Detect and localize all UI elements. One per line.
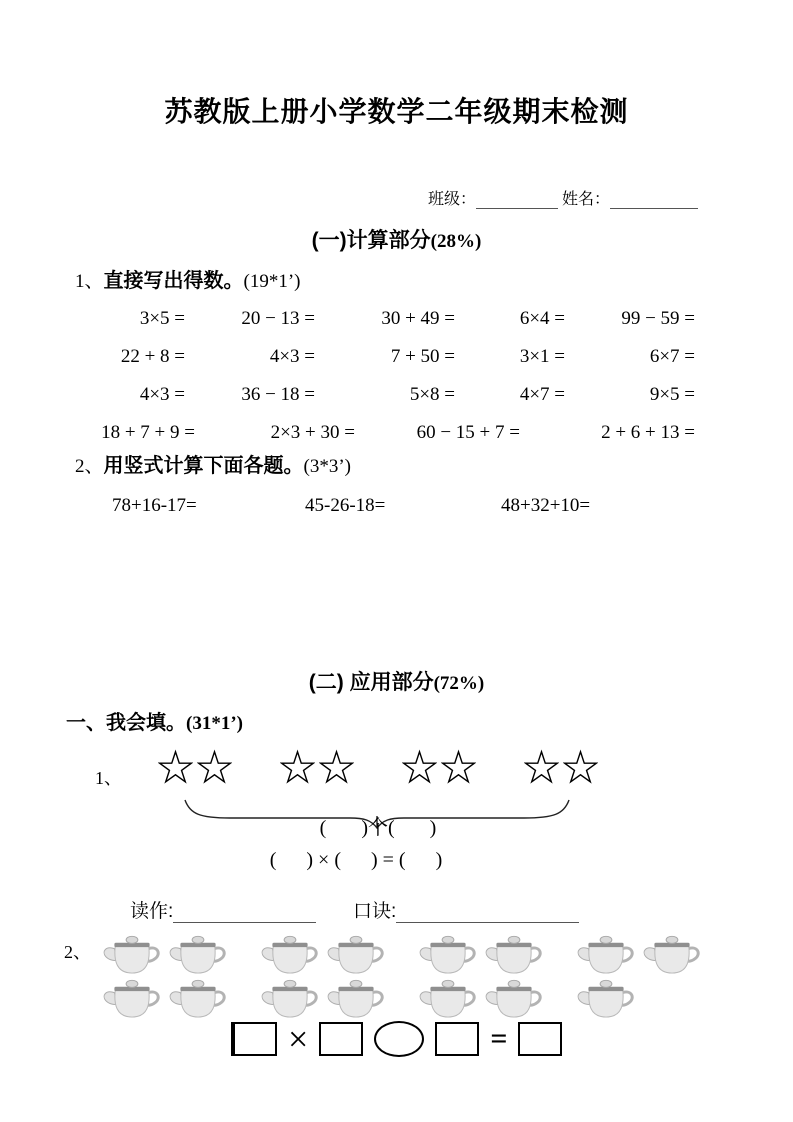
page-title: 苏教版上册小学数学二年级期末检测 bbox=[0, 90, 793, 130]
question2-text: 用竖式计算下面各题。 bbox=[104, 455, 304, 477]
read-as-blank bbox=[173, 907, 316, 923]
star-icon bbox=[402, 749, 437, 786]
answer-box bbox=[518, 1022, 562, 1056]
teapot-icon bbox=[482, 977, 546, 1020]
teapot-groups bbox=[100, 933, 705, 1020]
math-problem: 6×4 = bbox=[455, 308, 565, 330]
vertical-calc-problem: 48+32+10= bbox=[501, 495, 590, 517]
multiply-sign: × bbox=[288, 1024, 308, 1054]
question1-points: (19*1’) bbox=[244, 271, 301, 292]
sub-points: (31*1’) bbox=[186, 713, 243, 734]
question1-number: 1、 bbox=[75, 271, 104, 292]
question2-title: 2、用竖式计算下面各题。(3*3’) bbox=[75, 449, 351, 478]
math-problem: 2 + 6 + 13 = bbox=[520, 422, 695, 444]
math-problem: 4×3 = bbox=[185, 346, 315, 368]
item2-number: 2、 bbox=[64, 938, 91, 964]
star-group bbox=[402, 749, 476, 786]
math-problem: 99 − 59 = bbox=[565, 308, 695, 330]
teapot-icon bbox=[258, 933, 322, 976]
teapot-icon bbox=[258, 977, 322, 1020]
calc-row: 18 + 7 + 9 = 2×3 + 30 = 60 − 15 + 7 = 2 … bbox=[75, 414, 699, 452]
groups-fill-line: ( )个( ) bbox=[0, 811, 756, 840]
teapot-icon bbox=[574, 933, 638, 976]
teapot-group bbox=[574, 933, 705, 1020]
question2-number: 2、 bbox=[75, 456, 104, 477]
calc-row: 4×3 = 36 − 18 = 5×8 = 4×7 = 9×5 = bbox=[75, 376, 699, 414]
star-icon bbox=[197, 749, 232, 786]
teapot-group bbox=[258, 933, 389, 1020]
math-problem: 20 − 13 = bbox=[185, 308, 315, 330]
answer-box bbox=[319, 1022, 363, 1056]
teapot-icon bbox=[324, 977, 388, 1020]
equals-sign: = bbox=[490, 1024, 507, 1054]
teapot-icon bbox=[482, 933, 546, 976]
math-problem: 30 + 49 = bbox=[315, 308, 455, 330]
worksheet-page: 苏教版上册小学数学二年级期末检测 班级：姓名： (一)计算部分(28%) 1、直… bbox=[0, 0, 793, 1122]
teapot-icon bbox=[100, 977, 164, 1020]
item1-number: 1、 bbox=[95, 764, 122, 790]
teapot-group bbox=[416, 933, 547, 1020]
teapot-icon bbox=[416, 977, 480, 1020]
question1-title: 1、直接写出得数。(19*1’) bbox=[75, 264, 301, 293]
answer-box bbox=[435, 1022, 479, 1056]
star-icon bbox=[158, 749, 193, 786]
math-problem: 3×1 = bbox=[455, 346, 565, 368]
sub-number: 一、 bbox=[66, 712, 106, 734]
answer-box bbox=[231, 1022, 277, 1056]
section2-heading-text: (二) 应用部分 bbox=[309, 671, 434, 694]
student-info-line: 班级：姓名： bbox=[428, 186, 698, 209]
star-group bbox=[280, 749, 354, 786]
class-label: 班级： bbox=[428, 191, 476, 208]
vertical-calc-problem: 78+16-17= bbox=[112, 495, 197, 517]
name-label: 姓名： bbox=[562, 191, 610, 208]
formula-blank bbox=[396, 907, 579, 923]
teapot-icon bbox=[574, 977, 638, 1020]
name-blank bbox=[610, 193, 698, 209]
box-equation: × = bbox=[231, 1021, 562, 1057]
math-problem: 22 + 8 = bbox=[75, 346, 185, 368]
calc-row: 3×5 = 20 − 13 = 30 + 49 = 6×4 = 99 − 59 … bbox=[75, 300, 699, 338]
section1-heading: (一)计算部分(28%) bbox=[0, 224, 793, 254]
read-as-line: 读作: bbox=[130, 896, 316, 923]
calc-row: 22 + 8 = 4×3 = 7 + 50 = 3×1 = 6×7 = bbox=[75, 338, 699, 376]
question1-text: 直接写出得数。 bbox=[104, 270, 244, 292]
star-icon bbox=[563, 749, 598, 786]
sub-text: 我会填。 bbox=[106, 712, 186, 734]
teapot-icon bbox=[416, 933, 480, 976]
oral-calc-grid: 3×5 = 20 − 13 = 30 + 49 = 6×4 = 99 − 59 … bbox=[75, 300, 699, 452]
math-problem: 9×5 = bbox=[565, 384, 695, 406]
math-problem: 5×8 = bbox=[315, 384, 455, 406]
class-blank bbox=[476, 193, 558, 209]
teapot-icon bbox=[166, 933, 230, 976]
math-problem: 7 + 50 = bbox=[315, 346, 455, 368]
section1-percent: (28%) bbox=[431, 231, 482, 252]
multiplication-fill-line: ( ) × ( ) = ( ) bbox=[0, 849, 712, 872]
star-groups bbox=[158, 749, 598, 786]
math-problem: 36 − 18 = bbox=[185, 384, 315, 406]
star-icon bbox=[280, 749, 315, 786]
star-group bbox=[524, 749, 598, 786]
star-group bbox=[158, 749, 232, 786]
star-icon bbox=[524, 749, 559, 786]
vertical-calc-problem: 45-26-18= bbox=[305, 495, 385, 517]
teapot-icon bbox=[324, 933, 388, 976]
teapot-icon bbox=[100, 933, 164, 976]
math-problem: 3×5 = bbox=[75, 308, 185, 330]
read-as-label: 读作: bbox=[130, 901, 173, 922]
section1-heading-text: (一)计算部分 bbox=[312, 229, 431, 252]
operator-choice-circle bbox=[374, 1021, 424, 1057]
formula-label: 口诀: bbox=[353, 901, 396, 922]
math-problem: 6×7 = bbox=[565, 346, 695, 368]
section2-heading: (二) 应用部分(72%) bbox=[0, 666, 793, 696]
teapot-icon bbox=[166, 977, 230, 1020]
teapot-icon bbox=[640, 933, 704, 976]
math-problem: 18 + 7 + 9 = bbox=[75, 422, 195, 444]
math-problem: 60 − 15 + 7 = bbox=[355, 422, 520, 444]
section2-percent: (72%) bbox=[434, 673, 485, 694]
question2-points: (3*3’) bbox=[304, 456, 351, 477]
math-problem: 2×3 + 30 = bbox=[195, 422, 355, 444]
math-problem: 4×3 = bbox=[75, 384, 185, 406]
section2-sub-title: 一、我会填。(31*1’) bbox=[66, 706, 243, 735]
star-icon bbox=[441, 749, 476, 786]
teapot-group bbox=[100, 933, 231, 1020]
math-problem: 4×7 = bbox=[455, 384, 565, 406]
formula-line: 口诀: bbox=[353, 896, 579, 923]
star-icon bbox=[319, 749, 354, 786]
